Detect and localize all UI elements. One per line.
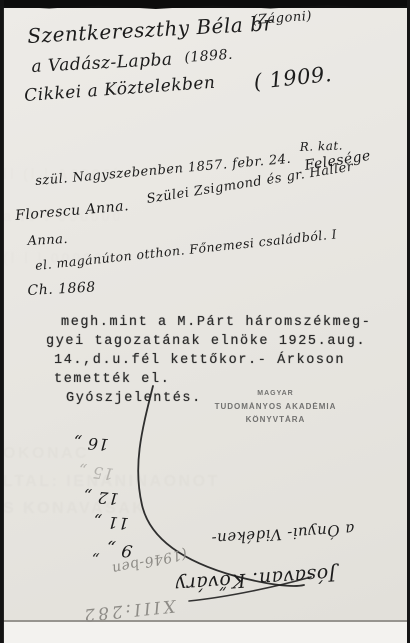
- index-card: ll (l l A0000l a l0 l 000000 (l l l 0000…: [3, 8, 407, 622]
- rotated-ditto-mark: „: [90, 551, 100, 570]
- rotated-number-note: 11 „: [92, 512, 129, 533]
- rotated-number-note: 16 „: [72, 433, 109, 454]
- scanned-index-card-photo: ll (l l A0000l a l0 l 000000 (l l l 0000…: [0, 0, 410, 643]
- photo-bottom-strip: [3, 622, 407, 643]
- photo-edge-left: [0, 0, 4, 643]
- rotated-number-note: 12 „: [82, 486, 119, 508]
- rotated-number-note: 15 „: [77, 461, 115, 484]
